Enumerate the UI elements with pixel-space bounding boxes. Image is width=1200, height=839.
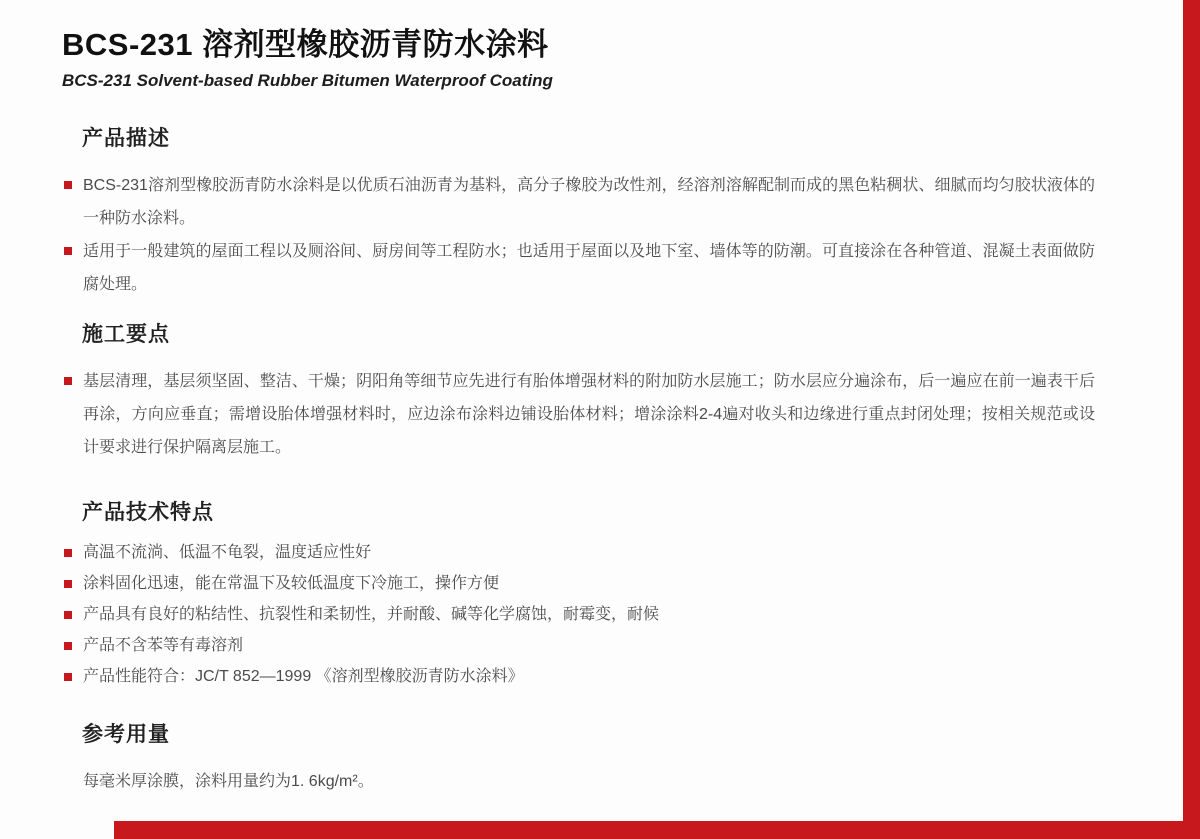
list-item-text: 高温不流淌、低温不龟裂，温度适应性好 (83, 544, 371, 561)
right-accent-bar (1183, 0, 1200, 839)
bullet-square-icon (64, 549, 72, 557)
list-item: 基层清理，基层须坚固、整洁、干燥；阴阳角等细节应先进行有胎体增强材料的附加防水层… (64, 365, 1095, 464)
list-item: 产品不含苯等有毒溶剂 (64, 636, 1095, 656)
datasheet-page: BCS-231 溶剂型橡胶沥青防水涂料 BCS-231 Solvent-base… (0, 0, 1200, 839)
list-item: 适用于一般建筑的屋面工程以及厕浴间、厨房间等工程防水；也适用于屋面以及地下室、墙… (64, 235, 1095, 301)
list-item-text: 产品性能符合：JC/T 852—1999 《溶剂型橡胶沥青防水涂料》 (83, 668, 524, 685)
bottom-accent-bar (114, 821, 1200, 839)
section-heading: 产品技术特点 (82, 500, 1095, 526)
page-subtitle: BCS-231 Solvent-based Rubber Bitumen Wat… (62, 70, 1092, 92)
section-reference-usage: 参考用量 每毫米厚涂膜，涂料用量约为1. 6kg/m²。 (64, 722, 1095, 798)
section-heading: 施工要点 (82, 322, 1095, 348)
list-item-text: 产品具有良好的粘结性、抗裂性和柔韧性，并耐酸、碱等化学腐蚀，耐霉变，耐候 (83, 606, 659, 623)
list-item-text: 产品不含苯等有毒溶剂 (83, 637, 243, 654)
bullet-square-icon (64, 611, 72, 619)
section-construction-points: 施工要点 基层清理，基层须坚固、整洁、干燥；阴阳角等细节应先进行有胎体增强材料的… (64, 322, 1095, 464)
bullet-square-icon (64, 181, 72, 189)
bullet-list: 基层清理，基层须坚固、整洁、干燥；阴阳角等细节应先进行有胎体增强材料的附加防水层… (64, 365, 1095, 464)
list-item-text: BCS-231溶剂型橡胶沥青防水涂料是以优质石油沥青为基料，高分子橡胶为改性剂，… (83, 169, 1095, 235)
bullet-square-icon (64, 673, 72, 681)
bullet-square-icon (64, 247, 72, 255)
bullet-list: BCS-231溶剂型橡胶沥青防水涂料是以优质石油沥青为基料，高分子橡胶为改性剂，… (64, 169, 1095, 301)
list-item: 产品具有良好的粘结性、抗裂性和柔韧性，并耐酸、碱等化学腐蚀，耐霉变，耐候 (64, 605, 1095, 625)
list-item-text: 适用于一般建筑的屋面工程以及厕浴间、厨房间等工程防水；也适用于屋面以及地下室、墙… (83, 235, 1095, 301)
section-heading: 产品描述 (82, 126, 1095, 152)
list-item: 高温不流淌、低温不龟裂，温度适应性好 (64, 543, 1095, 563)
list-item-text: 涂料固化迅速，能在常温下及较低温度下冷施工，操作方便 (83, 575, 499, 592)
usage-text: 每毫米厚涂膜，涂料用量约为1. 6kg/m²。 (83, 765, 1095, 798)
bullet-square-icon (64, 377, 72, 385)
page-header: BCS-231 溶剂型橡胶沥青防水涂料 BCS-231 Solvent-base… (62, 28, 1092, 92)
page-title: BCS-231 溶剂型橡胶沥青防水涂料 (62, 28, 1092, 62)
list-item: 产品性能符合：JC/T 852—1999 《溶剂型橡胶沥青防水涂料》 (64, 667, 1095, 687)
bullet-square-icon (64, 580, 72, 588)
section-product-description: 产品描述 BCS-231溶剂型橡胶沥青防水涂料是以优质石油沥青为基料，高分子橡胶… (64, 126, 1095, 301)
section-technical-features: 产品技术特点 高温不流淌、低温不龟裂，温度适应性好 涂料固化迅速，能在常温下及较… (64, 500, 1095, 698)
bullet-list: 高温不流淌、低温不龟裂，温度适应性好 涂料固化迅速，能在常温下及较低温度下冷施工… (64, 543, 1095, 687)
list-item: BCS-231溶剂型橡胶沥青防水涂料是以优质石油沥青为基料，高分子橡胶为改性剂，… (64, 169, 1095, 235)
list-item-text: 基层清理，基层须坚固、整洁、干燥；阴阳角等细节应先进行有胎体增强材料的附加防水层… (83, 365, 1095, 464)
section-heading: 参考用量 (82, 722, 1095, 748)
bullet-square-icon (64, 642, 72, 650)
list-item: 涂料固化迅速，能在常温下及较低温度下冷施工，操作方便 (64, 574, 1095, 594)
